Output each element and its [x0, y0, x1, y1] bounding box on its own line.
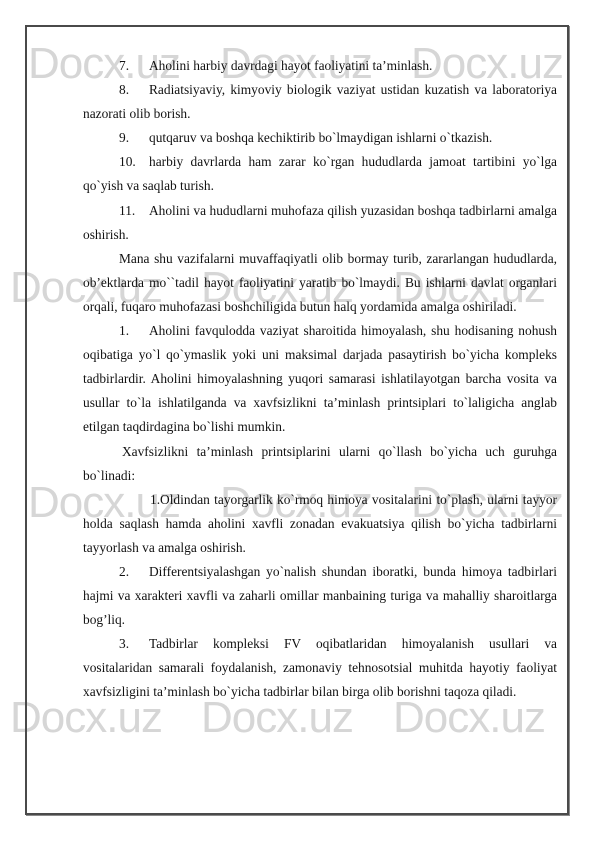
paragraph: Mana shu vazifalarni muvaffaqiyatli olib… [83, 247, 557, 319]
list-item: 10.harbiy davrlarda ham zarar ko`rgan hu… [83, 150, 557, 198]
paragraph-text: Tadbirlar kompleksi FV oqibatlaridan him… [83, 636, 557, 699]
paragraph: 1.Oldindan tayorgarlik ko`rmoq himoya vo… [83, 488, 557, 560]
list-number: 1. [119, 319, 149, 343]
paragraph-text: Aholini va hududlarni muhofaza qilish yu… [83, 203, 557, 242]
list-number: 10. [119, 150, 149, 174]
list-item: 1.Aholini favqulodda vaziyat sharoitida … [83, 319, 557, 439]
list-item: 11.Aholini va hududlarni muhofaza qilish… [83, 199, 557, 247]
list-number: 8. [119, 78, 149, 102]
paragraph: Xavfsizlikni ta’minlash printsiplarini u… [83, 440, 557, 488]
list-number: 2. [119, 560, 149, 584]
list-number: 7. [119, 54, 149, 78]
paragraph-text: Radiatsiyaviy, kimyoviy biologik vaziyat… [83, 82, 557, 121]
paragraph-text: Differentsiyalashgan yo`nalish shundan i… [83, 564, 557, 627]
paragraph-text: Aholini harbiy davrdagi hayot faoliyatin… [149, 58, 432, 73]
list-item: 3.Tadbirlar kompleksi FV oqibatlaridan h… [83, 632, 557, 704]
list-item: 9.qutqaruv va boshqa kechiktirib bo`lmay… [83, 126, 557, 150]
paragraph-text: qutqaruv va boshqa kechiktirib bo`lmaydi… [149, 130, 492, 145]
list-number: 3. [119, 632, 149, 656]
paragraph-text: Aholini favqulodda vaziyat sharoitida hi… [83, 323, 557, 434]
list-item: 8.Radiatsiyaviy, kimyoviy biologik vaziy… [83, 78, 557, 126]
list-number: 9. [119, 126, 149, 150]
list-item: 2.Differentsiyalashgan yo`nalish shundan… [83, 560, 557, 632]
paragraph-text: harbiy davrlarda ham zarar ko`rgan hudud… [83, 154, 557, 193]
list-item: 7.Aholini harbiy davrdagi hayot faoliyat… [83, 54, 557, 78]
document-body: 7.Aholini harbiy davrdagi hayot faoliyat… [83, 54, 557, 705]
list-number: 11. [119, 199, 149, 223]
